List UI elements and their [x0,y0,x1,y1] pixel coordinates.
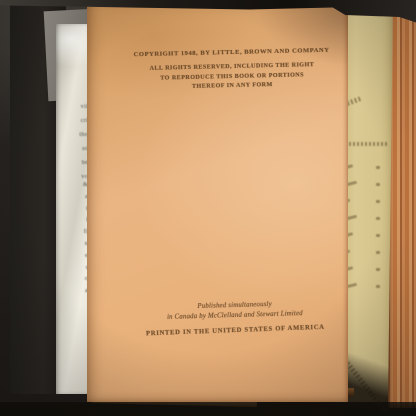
copyright-notice: COPYRIGHT 1948, BY LITTLE, BROWN AND COM… [117,46,348,94]
book-photo-scene: vilcrithosobevo &atifineroa COPYRIGHT 19… [0,0,416,416]
publisher-notice: Published simultaneously in Canada by Mc… [123,298,348,337]
bottom-shadow [0,402,416,416]
printed-line: PRINTED IN THE UNITED STATES OF AMERICA [123,323,347,338]
copyright-page: COPYRIGHT 1948, BY LITTLE, BROWN AND COM… [87,5,348,402]
copyright-line: COPYRIGHT 1948, BY LITTLE, BROWN AND COM… [117,46,347,58]
